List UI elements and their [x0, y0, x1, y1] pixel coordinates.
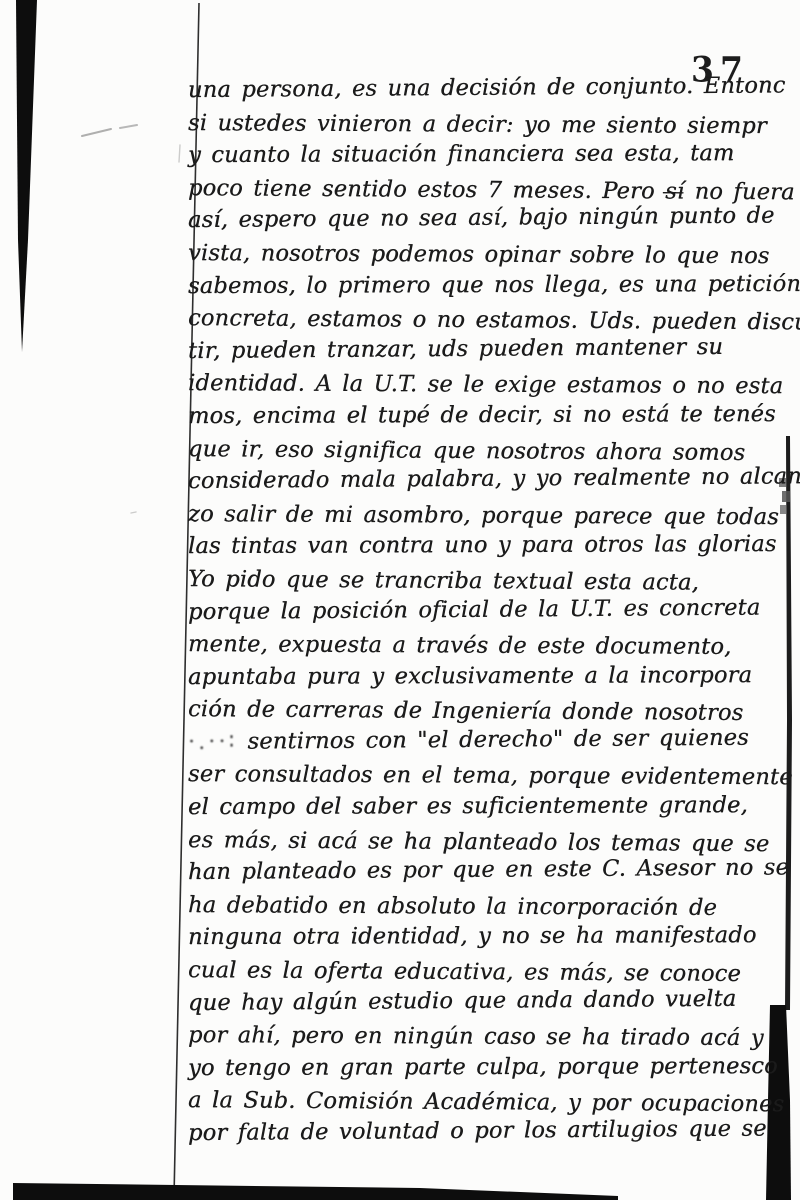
handwritten-line: mos, encima el tupé de decir, si no está… [188, 398, 794, 433]
line-text: sentirnos con "el derecho" de ser quiene… [247, 724, 749, 754]
line-text: si ustedes vinieron a decir: yo me sient… [188, 110, 767, 139]
handwritten-line: apuntaba pura y exclusivamente a la inco… [188, 659, 794, 694]
line-text: apuntaba pura y exclusivamente a la inco… [188, 662, 752, 690]
line-text: las tintas van contra uno y para otros l… [188, 531, 777, 559]
handwritten-text: una persona, es una decisión de conjunto… [188, 74, 794, 1150]
handwritten-line: porque la posición oficial de la U.T. es… [188, 591, 794, 628]
pencil-marks [82, 125, 180, 513]
line-text: han planteado es por que en este C. Ases… [188, 855, 789, 886]
line-text: el campo del saber es suficientemente gr… [188, 792, 748, 820]
line-text: una persona, es una decisión de conjunto… [188, 72, 786, 103]
handwritten-line: ·.··∶sentirnos con "el derecho" de ser q… [188, 721, 794, 758]
handwritten-line: y cuanto la situación financiera sea est… [188, 137, 794, 172]
line-text: vista, nosotros podemos opinar sobre lo … [188, 240, 770, 269]
pencil-mark-4 [131, 512, 136, 513]
pencil-mark-2 [120, 125, 137, 128]
handwritten-line: una persona, es una decisión de conjunto… [188, 69, 794, 106]
line-text: sabemos, lo primero que nos llega, es un… [188, 270, 800, 298]
pencil-mark-3 [179, 145, 180, 162]
handwritten-line: tir, pueden tranzar, uds pueden mantener… [188, 330, 794, 367]
handwritten-line: por falta de voluntad o por los artilugi… [188, 1112, 794, 1149]
line-text: ser consultados en el tema, porque evide… [188, 761, 793, 790]
line-text: mente, expuesta a través de este documen… [188, 631, 732, 660]
line-text: así, espero que no sea así, bajo ningún … [188, 203, 775, 234]
handwritten-line: han planteado es por que en este C. Ases… [188, 851, 794, 888]
line-text: por ahí, pero en ningún caso se ha tirad… [188, 1022, 764, 1051]
line-text: mos, encima el tupé de decir, si no está… [188, 401, 776, 429]
line-text: considerado mala palabra, y yo realmente… [188, 463, 800, 494]
line-text: yo tengo en gran parte culpa, porque per… [188, 1053, 778, 1081]
handwritten-line: ninguna otra identidad, y no se ha manif… [188, 919, 794, 954]
line-text: zo salir de mi asombro, porque parece qu… [188, 501, 779, 530]
handwritten-line: las tintas van contra uno y para otros l… [188, 528, 794, 563]
line-text: porque la posición oficial de la U.T. es… [188, 594, 761, 624]
left-edge-scan-bar [16, 0, 37, 352]
line-text: identidad. A la U.T. se le exige estamos… [188, 370, 783, 399]
line-text: ninguna otra identidad, y no se ha manif… [188, 922, 757, 950]
handwritten-line: el campo del saber es suficientemente gr… [188, 789, 794, 824]
line-text: Yo pido que se trancriba textual esta ac… [188, 566, 699, 596]
scanned-page: 37 una persona, es una decisión de conju… [0, 0, 800, 1200]
line-text: que hay algún estudio que anda dando vue… [188, 985, 737, 1015]
handwritten-line: así, espero que no sea así, bajo ningún … [188, 200, 794, 237]
line-text: ha debatido en absoluto la incorporación… [188, 892, 717, 921]
line-text: tir, pueden tranzar, uds pueden mantener… [188, 334, 723, 364]
handwritten-line: sabemos, lo primero que nos llega, es un… [188, 267, 794, 302]
bottom-edge-scan-bar [13, 1183, 618, 1200]
line-text: por falta de voluntad o por los artilugi… [188, 1115, 767, 1146]
pencil-mark-1 [82, 129, 111, 136]
handwritten-line: yo tengo en gran parte culpa, porque per… [188, 1050, 794, 1085]
ink-smudge: ·.··∶ [188, 725, 238, 758]
handwritten-line: considerado mala palabra, y yo realmente… [188, 460, 794, 497]
handwritten-line: que hay algún estudio que anda dando vue… [188, 982, 794, 1019]
line-text: y cuanto la situación financiera sea est… [188, 140, 735, 168]
